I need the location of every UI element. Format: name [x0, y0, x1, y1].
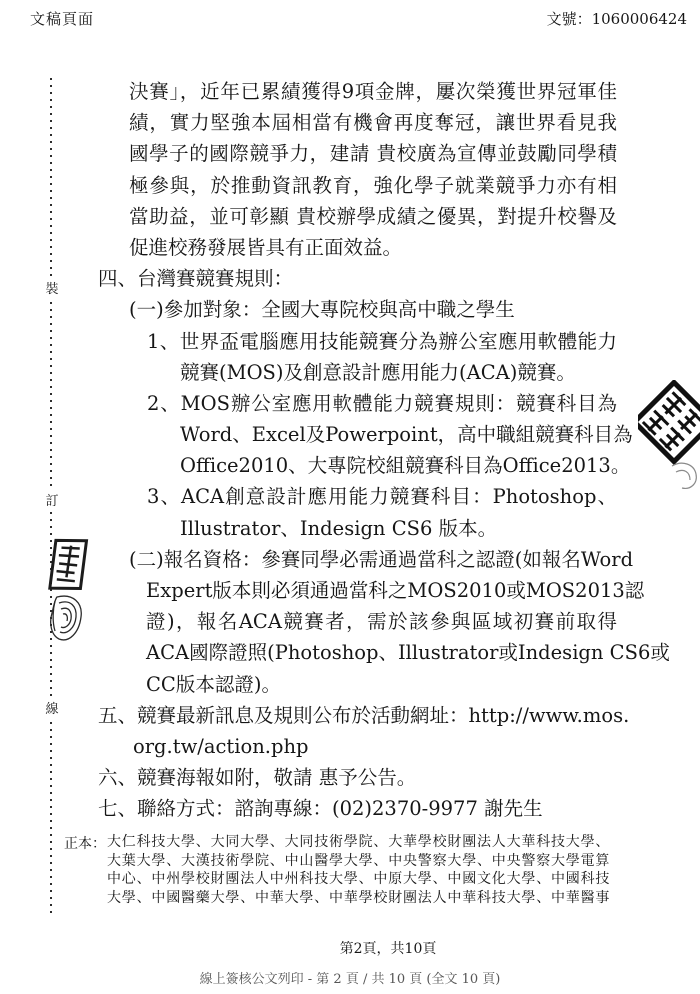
body-line: 證)，報名ACA競賽者，需於該參與區域初賽前取得	[0, 606, 617, 637]
document-page: 文稿頁面 文號：1060006424 裝 訂 線	[0, 0, 700, 994]
print-info: 線上簽核公文列印 - 第 2 頁 / 共 10 頁 (全文 10 頁)	[0, 968, 700, 987]
body-line: ACA國際證照(Photoshop、Illustrator或Indesign C…	[0, 637, 617, 668]
body-line: org.tw/action.php	[0, 731, 617, 762]
copy-to-label: 正本：	[64, 833, 106, 853]
page-type-label: 文稿頁面	[30, 8, 94, 29]
page-number: 第2頁，共10頁	[78, 938, 698, 958]
copy-to-line: 大學、中國醫藥大學、中華大學、中華學校財團法人中華科技大學、中華醫事	[107, 889, 652, 908]
body-line: 3、ACA創意設計應用能力競賽科目：Photoshop、	[0, 481, 617, 512]
body-line: 國學子的國際競爭力，建請 貴校廣為宣傳並鼓勵同學積	[0, 138, 617, 169]
body-line: (二)報名資格：參賽同學必需通過當科之認證(如報名Word	[0, 544, 617, 575]
body-line: 六、競賽海報如附，敬請 惠予公告。	[0, 762, 617, 793]
body-line: Office2010、大專院校組競賽科目為Office2013。	[0, 450, 617, 481]
copy-to-recipients: 大仁科技大學、大同大學、大同技術學院、大華學校財團法人大華科技大學、大葉大學、大…	[107, 833, 652, 908]
body-line: CC版本認證)。	[0, 669, 617, 700]
binding-mark-ding: 訂	[44, 488, 60, 511]
doc-number: 文號：1060006424	[547, 8, 687, 29]
binding-mark-zhuang: 裝	[44, 276, 60, 299]
body-line: 促進校務發展皆具有正面效益。	[0, 232, 617, 263]
body-line: (一)參加對象：全國大專院校與高中職之學生	[0, 294, 617, 325]
seal-stamp-right-icon	[638, 380, 700, 492]
copy-to-line: 大葉大學、大漢技術學院、中山醫學大學、中央警察大學、中央警察大學電算	[107, 852, 652, 871]
document-body: 決賽」，近年已累績獲得9項金牌，屢次榮獲世界冠軍佳績，實力堅強本屆相當有機會再度…	[0, 76, 617, 825]
body-line: 極參與，於推動資訊教育，強化學子就業競爭力亦有相	[0, 170, 617, 201]
copy-to-line: 中心、中州學校財團法人中州科技大學、中原大學、中國文化大學、中國科技	[107, 870, 652, 889]
body-line: 五、競賽最新訊息及規則公布於活動網址：http://www.mos.	[0, 700, 617, 731]
binding-mark-xian: 線	[44, 696, 60, 719]
body-line: 績，實力堅強本屆相當有機會再度奪冠，讓世界看見我	[0, 107, 617, 138]
seal-stamp-left-icon	[43, 535, 89, 647]
body-line: 2、MOS辦公室應用軟體能力競賽規則：競賽科目為	[0, 388, 617, 419]
copy-to-line: 大仁科技大學、大同大學、大同技術學院、大華學校財團法人大華科技大學、	[107, 833, 652, 852]
body-line: Illustrator、Indesign CS6 版本。	[0, 513, 617, 544]
body-line: 四、台灣賽競賽規則：	[0, 263, 617, 294]
body-line: 1、世界盃電腦應用技能競賽分為辦公室應用軟體能力	[0, 326, 617, 357]
body-line: 七、聯絡方式：諮詢專線：(02)2370-9977 謝先生	[0, 793, 617, 824]
body-line: 競賽(MOS)及創意設計應用能力(ACA)競賽。	[0, 357, 617, 388]
body-line: Expert版本則必須通過當科之MOS2010或MOS2013認	[0, 575, 617, 606]
body-line: 決賽」，近年已累績獲得9項金牌，屢次榮獲世界冠軍佳	[0, 76, 617, 107]
body-line: Word、Excel及Powerpoint，高中職組競賽科目為	[0, 419, 617, 450]
body-line: 當助益，並可彰顯 貴校辦學成績之優異，對提升校譽及	[0, 201, 617, 232]
